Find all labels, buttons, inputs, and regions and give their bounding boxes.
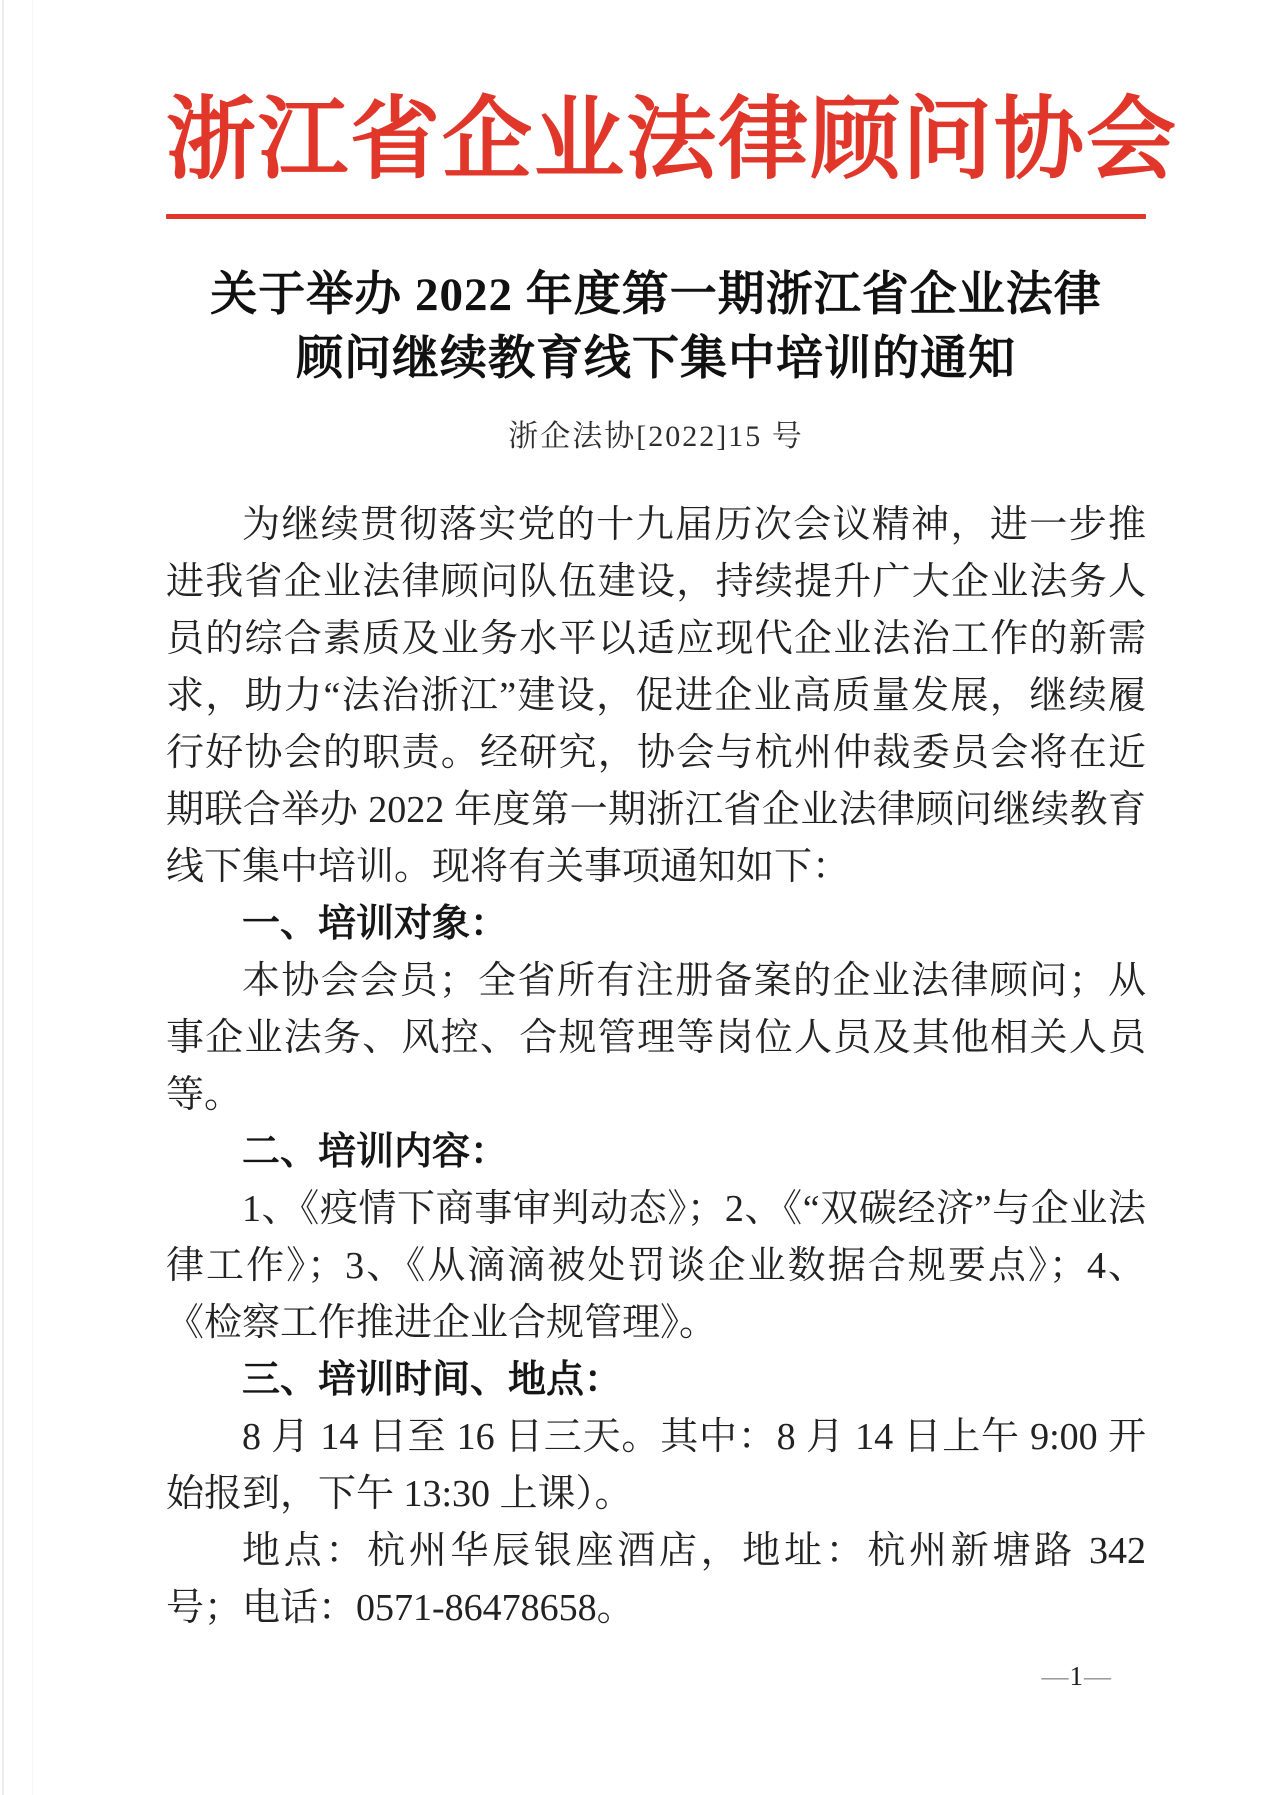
page-number-value: 1 <box>1070 1661 1085 1691</box>
paragraph-location-phone: 地点：杭州华辰银座酒店，地址：杭州新塘路 342 号；电话：0571-86478… <box>166 1523 1146 1637</box>
org-title: 浙江省企业法律顾问协会 <box>166 86 1146 196</box>
page-number-dash-left: — <box>1042 1661 1070 1691</box>
document-body: 为继续贯彻落实党的十九届历次会议精神，进一步推进我省企业法律顾问队伍建设，持续提… <box>166 497 1146 1637</box>
doc-title-line-1: 关于举办 2022 年度第一期浙江省企业法律 <box>166 263 1146 327</box>
paragraph-intro: 为继续贯彻落实党的十九届历次会议精神，进一步推进我省企业法律顾问队伍建设，持续提… <box>166 497 1146 896</box>
paragraph-training-content: 1、《疫情下商事审判动态》；2、《“双碳经济”与企业法律工作》；3、《从滴滴被处… <box>166 1181 1146 1352</box>
doc-title-line-2: 顾问继续教育线下集中培训的通知 <box>166 327 1146 391</box>
paragraph-trainees: 本协会会员；全省所有注册备案的企业法律顾问；从事企业法务、风控、合规管理等岗位人… <box>166 953 1146 1124</box>
doc-title: 关于举办 2022 年度第一期浙江省企业法律 顾问继续教育线下集中培训的通知 <box>166 263 1146 391</box>
section-heading-time-place: 三、培训时间、地点： <box>166 1352 1146 1409</box>
section-heading-content: 二、培训内容： <box>166 1124 1146 1181</box>
paragraph-time: 8 月 14 日至 16 日三天。其中：8 月 14 日上午 9:00 开始报到… <box>166 1409 1146 1523</box>
page-number-dash-right: — <box>1084 1661 1112 1691</box>
page-number: —1— <box>1042 1660 1113 1692</box>
header-divider <box>166 214 1146 219</box>
section-heading-trainees: 一、培训对象： <box>166 896 1146 953</box>
doc-number: 浙企法协[2022]15 号 <box>166 417 1146 457</box>
document-page: 浙江省企业法律顾问协会 关于举办 2022 年度第一期浙江省企业法律 顾问继续教… <box>0 0 1284 1795</box>
document-content: 浙江省企业法律顾问协会 关于举办 2022 年度第一期浙江省企业法律 顾问继续教… <box>0 0 1284 1637</box>
